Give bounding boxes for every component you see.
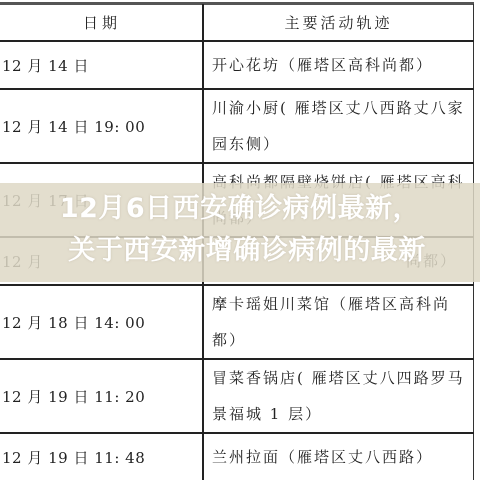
- header-date: 日期: [0, 4, 203, 41]
- table-header-row: 日期 主要活动轨迹: [0, 4, 474, 41]
- row-activity: 开心花坊（雁塔区高科尚都）: [203, 41, 474, 89]
- table-row: 12 月 19 日 11: 48 兰州拉面（雁塔区丈八西路）: [0, 433, 474, 480]
- row-date: 12 月 18 日 14: 00: [0, 285, 203, 359]
- row-activity: 兰州拉面（雁塔区丈八西路）: [203, 433, 474, 480]
- table-row: 12 月 14 日 开心花坊（雁塔区高科尚都）: [0, 41, 474, 89]
- overlay-headline: 12月6日西安确诊病例最新， 关于西安新增确诊病例的最新: [0, 188, 480, 272]
- row-date: 12 月 19 日 11: 20: [0, 359, 203, 433]
- table-row: 12 月 19 日 11: 20 冒菜香锅店( 雁塔区丈八四路罗马景福城 1 层…: [0, 359, 474, 433]
- row-date: 12 月 14 日 19: 00: [0, 89, 203, 163]
- row-activity: 冒菜香锅店( 雁塔区丈八四路罗马景福城 1 层）: [203, 359, 474, 433]
- row-date: 12 月 14 日: [0, 41, 203, 89]
- table-row: 12 月 18 日 14: 00 摩卡瑶姐川菜馆（雁塔区高科尚都）: [0, 285, 474, 359]
- row-activity: 川渝小厨( 雁塔区丈八西路丈八家园东侧）: [203, 89, 474, 163]
- row-date: 12 月 19 日 11: 48: [0, 433, 203, 480]
- overlay-headline-line1: 12月6日西安确诊病例最新，: [0, 188, 480, 230]
- row-activity: 摩卡瑶姐川菜馆（雁塔区高科尚都）: [203, 285, 474, 359]
- header-activity: 主要活动轨迹: [203, 4, 474, 41]
- overlay-headline-line2: 关于西安新增确诊病例的最新: [0, 230, 480, 272]
- table-row: 12 月 14 日 19: 00 川渝小厨( 雁塔区丈八西路丈八家园东侧）: [0, 89, 474, 163]
